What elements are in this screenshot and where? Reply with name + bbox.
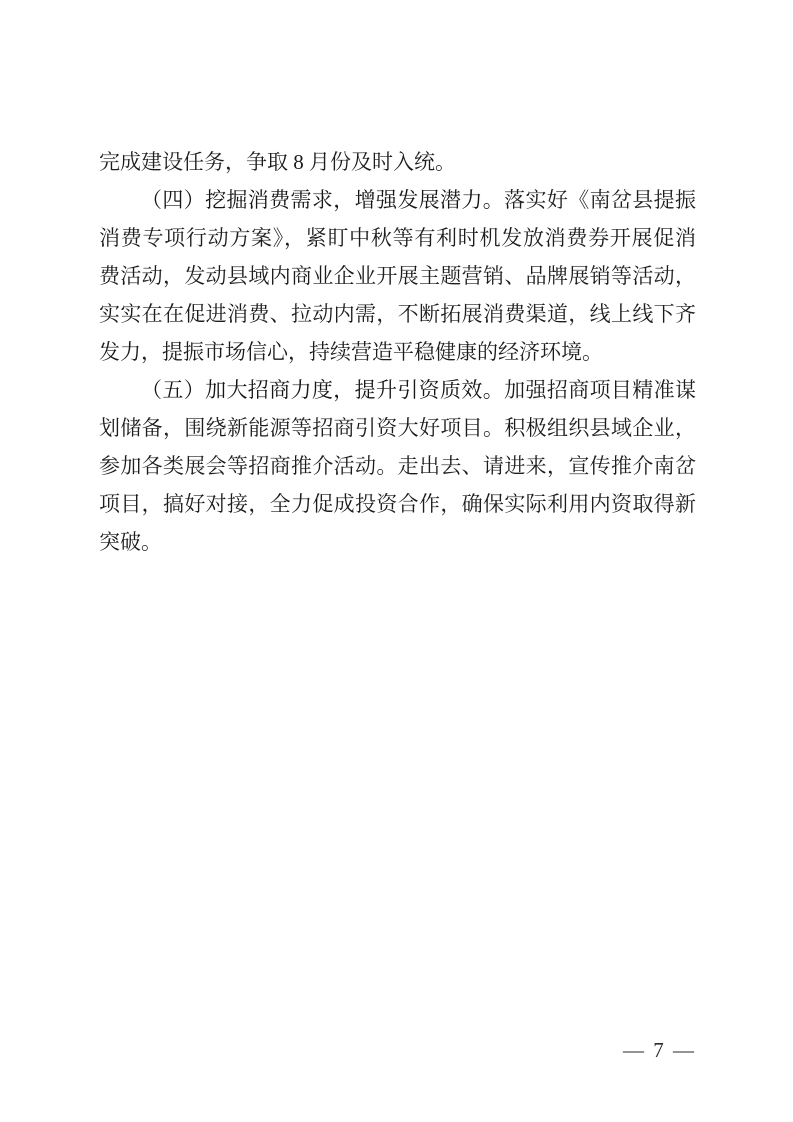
body-text-segment: 加强招商项目精准谋 bbox=[504, 378, 696, 402]
body-text-segment: 突破。 bbox=[99, 530, 162, 554]
body-text-segment: 项目，搞好对接，全力促成投资合作，确保实际利用内资取得新 bbox=[99, 492, 696, 516]
text-line: 参加各类展会等招商推介活动。走出去、请进来，宣传推介南岔 bbox=[99, 447, 696, 485]
text-line: 突破。 bbox=[99, 523, 696, 561]
body-text-segment: 落实好《南岔县提振 bbox=[504, 188, 696, 212]
body-text-segment: 消费专项行动方案》，紧盯中秋等有利时机发放消费券开展促消 bbox=[99, 226, 696, 250]
section-heading: （五）加大招商力度，提升引资质效。 bbox=[141, 378, 504, 402]
body-text-segment: 实实在在促进消费、拉动内需，不断拓展消费渠道，线上线下齐 bbox=[99, 302, 696, 326]
body-text-segment: 费活动，发动县域内商业企业开展主题营销、品牌展销等活动， bbox=[99, 264, 696, 288]
text-line: 项目，搞好对接，全力促成投资合作，确保实际利用内资取得新 bbox=[99, 485, 696, 523]
text-line: 费活动，发动县域内商业企业开展主题营销、品牌展销等活动， bbox=[99, 257, 696, 295]
body-text-segment: 发力，提振市场信心，持续营造平稳健康的经济环境。 bbox=[99, 340, 603, 364]
text-line: 实实在在促进消费、拉动内需，不断拓展消费渠道，线上线下齐 bbox=[99, 295, 696, 333]
document-body: 完成建设任务，争取 8 月份及时入统。（四）挖掘消费需求，增强发展潜力。落实好《… bbox=[99, 143, 696, 561]
text-line: （五）加大招商力度，提升引资质效。加强招商项目精准谋 bbox=[99, 371, 696, 409]
text-line: 划储备，围绕新能源等招商引资大好项目。积极组织县域企业， bbox=[99, 409, 696, 447]
text-line: （四）挖掘消费需求，增强发展潜力。落实好《南岔县提振 bbox=[99, 181, 696, 219]
body-text-segment: 参加各类展会等招商推介活动。走出去、请进来，宣传推介南岔 bbox=[99, 454, 696, 478]
text-line: 消费专项行动方案》，紧盯中秋等有利时机发放消费券开展促消 bbox=[99, 219, 696, 257]
text-line: 发力，提振市场信心，持续营造平稳健康的经济环境。 bbox=[99, 333, 696, 371]
body-text-segment: 完成建设任务，争取 8 月份及时入统。 bbox=[99, 150, 456, 174]
page-number: — 7 — bbox=[623, 1038, 696, 1062]
body-text-segment: 划储备，围绕新能源等招商引资大好项目。积极组织县域企业， bbox=[99, 416, 696, 440]
section-heading: （四）挖掘消费需求，增强发展潜力。 bbox=[141, 188, 504, 212]
document-page: 完成建设任务，争取 8 月份及时入统。（四）挖掘消费需求，增强发展潜力。落实好《… bbox=[0, 0, 793, 1122]
text-line: 完成建设任务，争取 8 月份及时入统。 bbox=[99, 143, 696, 181]
